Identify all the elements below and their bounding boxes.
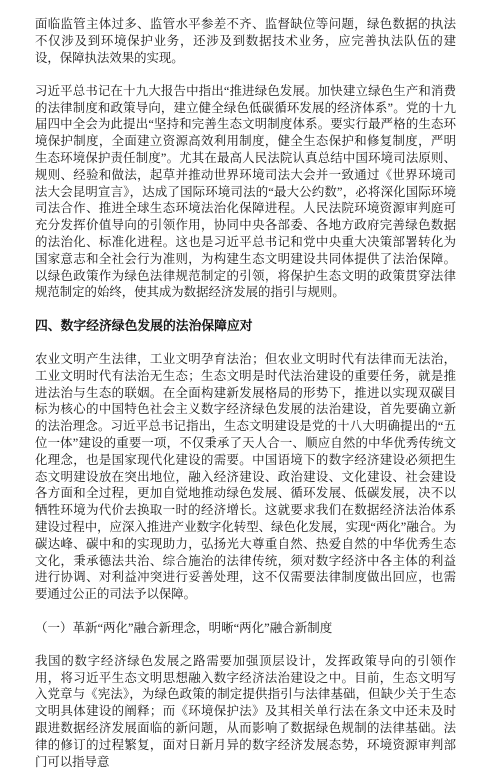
section-heading-four: 四、数字经济绿色发展的法治保障应对 xyxy=(35,318,456,335)
paragraph-top-level-design: 我国的数字经济绿色发展之路需要加强顶层设计，发挥政策导向的引领作用，将习近平生态… xyxy=(35,653,456,771)
paragraph-green-data-enforcement: 面临监管主体过多、监管水平参差不齐、监督缺位等问题，绿色数据的执法不仅涉及到环境… xyxy=(35,16,456,66)
paragraph-rule-of-law-concept: 农业文明产生法律，工业文明孕育法治；但农业文明时代有法律而无法治，工业文明时代有… xyxy=(35,351,456,603)
subsection-heading-one: （一）革新“两化”融合新理念，明晰“两化”融合新制度 xyxy=(35,620,456,637)
document-page: 面临监管主体过多、监管水平参差不齐、监督缺位等问题，绿色数据的执法不仅涉及到环境… xyxy=(0,0,486,782)
paragraph-policy-legal-guidance: 习近平总书记在十九大报告中指出“推进绿色发展。加快建立绿色生产和消费的法律制度和… xyxy=(35,83,456,301)
